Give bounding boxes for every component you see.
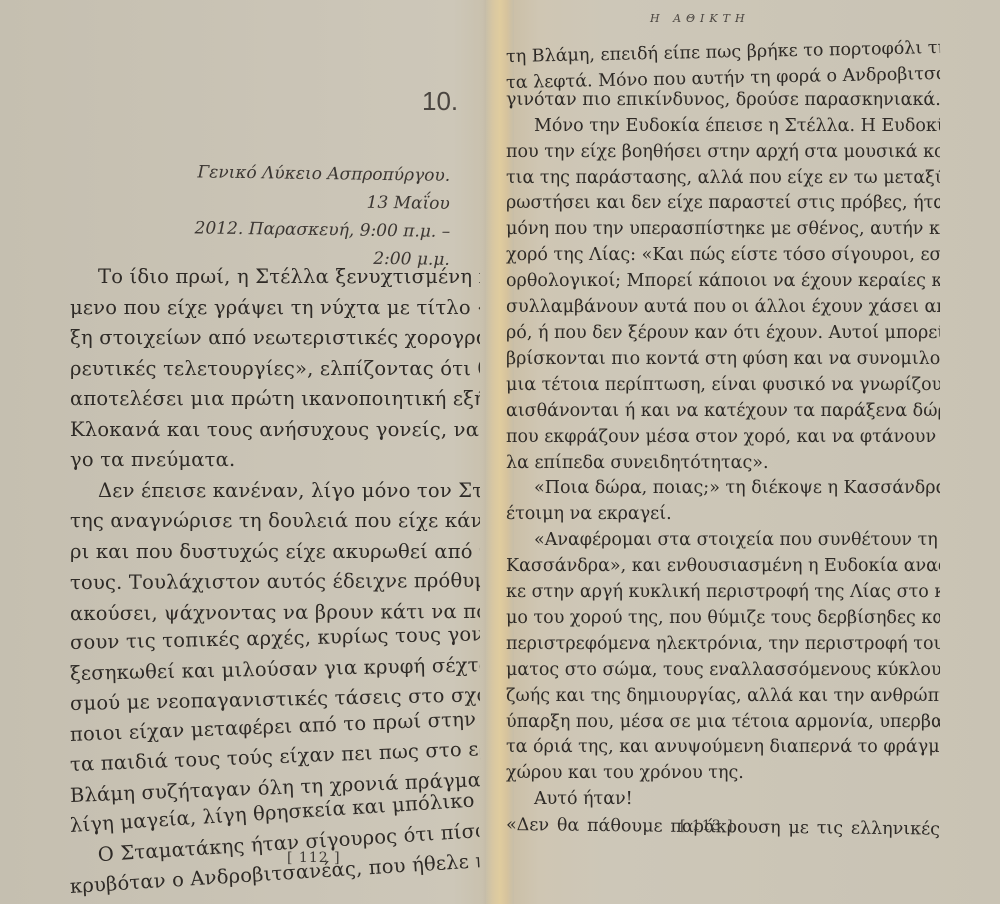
text-line: ρι και που δυστυχώς είχε ακυρωθεί από τη…: [70, 537, 480, 568]
text-line: που την είχε βοηθήσει στην αρχή στα μουσ…: [506, 140, 940, 166]
text-line: ύπαρξη που, μέσα σε μια τέτοια αρμονία, …: [506, 710, 940, 736]
text-line: Κασσάνδρα», και ενθουσιασμένη η Ευδοκία …: [506, 554, 940, 580]
text-line: που εκφράζουν μέσα στον χορό, και να φτά…: [506, 425, 940, 451]
text-line: Αυτό ήταν!: [506, 787, 940, 813]
right-page-body: τη Βλάμη, επειδή είπε πως βρήκε το πορτο…: [506, 36, 940, 839]
text-line: ζωής και της δημιουργίας, αλλά και την α…: [506, 684, 940, 710]
text-line: περιστρεφόμενα ηλεκτρόνια, την περιστροφ…: [506, 632, 940, 658]
chapter-dateline: Γενικό Λύκειο Ασπροπύργου. 13 Μαΐου 2012…: [180, 160, 450, 272]
book-spread: Η ΑΘΙΚΤΗ 10. Γενικό Λύκειο Ασπροπύργου. …: [0, 0, 1000, 904]
text-line: Δεν έπεισε κανέναν, λίγο μόνο τον Σταματ…: [70, 476, 480, 507]
text-line: συλλαμβάνουν αυτά που οι άλλοι έχουν χάσ…: [506, 295, 940, 321]
text-line: κε στην αργή κυκλική περιστροφή της Λίας…: [506, 580, 940, 606]
page-number-left: [ 112 ]: [287, 850, 341, 866]
text-line: ξη στοιχείων από νεωτεριστικές χορογραφί…: [70, 323, 480, 354]
text-line: της αναγνώρισε τη δουλειά που είχε κάνει…: [70, 506, 480, 537]
text-line: ρωστήσει και δεν είχε παραστεί στις πρόβ…: [506, 191, 940, 217]
text-line: λα επίπεδα συνειδητότητας».: [506, 451, 940, 477]
text-line: ματος στο σώμα, τους εναλλασσόμενους κύκ…: [506, 658, 940, 684]
text-line: μόνη που την υπερασπίστηκε με σθένος, αυ…: [506, 217, 940, 243]
dateline-line: Γενικό Λύκειο Ασπροπύργου. 13 Μαΐου: [180, 158, 451, 218]
running-head: Η ΑΘΙΚΤΗ: [650, 12, 750, 25]
text-line: Το ίδιο πρωί, η Στέλλα ξενυχτισμένη κατέ…: [70, 262, 480, 293]
page-number-right: [ 113 ]: [680, 818, 734, 834]
text-line: χορό της Λίας: «Και πώς είστε τόσο σίγου…: [506, 243, 940, 269]
text-line: μενο που είχε γράψει τη νύχτα με τίτλο «…: [70, 293, 480, 324]
text-line: χώρου και του χρόνου της.: [506, 761, 940, 787]
text-line: μο του χορού της, που θύμιζε τους δερβίσ…: [506, 606, 940, 632]
chapter-number: 10.: [422, 86, 458, 117]
text-line: έτοιμη να εκραγεί.: [506, 502, 940, 528]
left-page-body: Το ίδιο πρωί, η Στέλλα ξενυχτισμένη κατέ…: [70, 262, 480, 903]
text-line: μια τέτοια περίπτωση, είναι φυσικό να γν…: [506, 373, 940, 399]
text-line: «Ποια δώρα, ποιας;» τη διέκοψε η Κασσάνδ…: [506, 476, 940, 502]
text-line: «Αναφέρομαι στα στοιχεία που συνθέτουν τ…: [506, 528, 940, 554]
text-line: ρό, ή που δεν ξέρουν καν ότι έχουν. Αυτο…: [506, 321, 940, 347]
text-line: ορθολογικοί; Μπορεί κάποιοι να έχουν κερ…: [506, 269, 940, 295]
text-line: αποτελέσει μια πρώτη ικανοποιητική εξήγη…: [70, 384, 480, 415]
text-line: τους. Τουλάχιστον αυτός έδειχνε πρόθυμος…: [70, 566, 480, 599]
text-line: βρίσκονται πιο κοντά στη φύση και να συν…: [506, 347, 940, 373]
text-line: γο τα πνεύματα.: [70, 445, 480, 476]
text-line: ρευτικές τελετουργίες», ελπίζοντας ότι θ…: [70, 354, 480, 385]
text-line: αισθάνονται ή και να κατέχουν τα παράξεν…: [506, 399, 940, 425]
text-line: τια της παράστασης, αλλά που είχε εν τω …: [506, 166, 940, 192]
text-line: Κλοκανά και τους ανήσυχους γονείς, να κα…: [70, 415, 480, 446]
text-line: τα όριά της, και ανυψούμενη διαπερνά το …: [506, 735, 940, 761]
text-line: Μόνο την Ευδοκία έπεισε η Στέλλα. Η Ευδο…: [506, 114, 940, 140]
